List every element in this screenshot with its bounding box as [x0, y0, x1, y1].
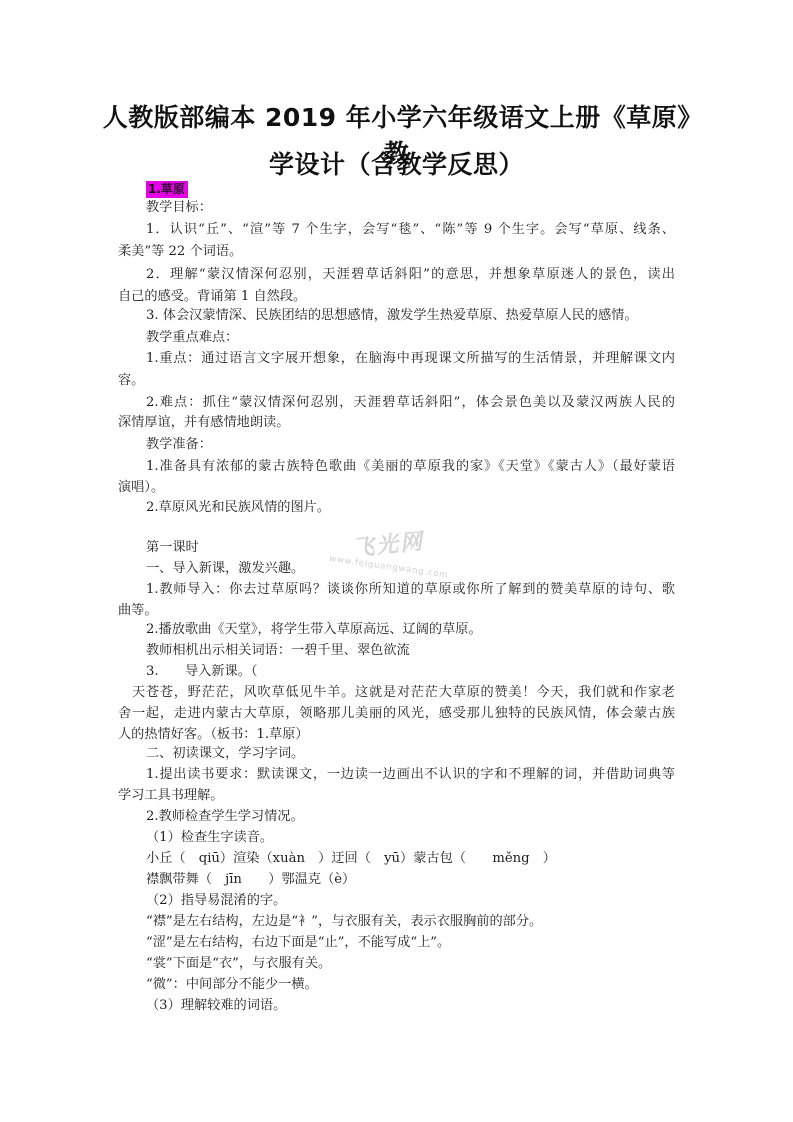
text-line: 学习工具书理解。	[118, 787, 224, 805]
text-line: 第一课时	[146, 539, 199, 557]
lesson-heading-highlighted: 1.草原	[146, 181, 188, 198]
text-line: 柔美”等 22 个词语。	[118, 243, 242, 261]
text-line: 小丘（ qiū）渲染（xuàn ）迂回（ yū）蒙古包（ měng ）	[146, 850, 556, 868]
text-line: 1.准备具有浓郁的蒙古族特色歌曲《美丽的草原我的家》《天堂》《蒙古人》（最好蒙语	[146, 458, 675, 476]
text-line: 教师相机出示相关词语：一碧千里、翠色欲流	[146, 642, 410, 660]
text-line: （3）理解较难的词语。	[146, 997, 286, 1015]
text-line: 人的热情好客。（板书：1.草原）	[118, 726, 309, 744]
text-line: 教学重点难点：	[146, 329, 238, 347]
text-line: （1）检查生字读音。	[146, 829, 273, 847]
text-line: 演唱）。	[118, 479, 164, 497]
text-line: 天苍苍，野茫茫，风吹草低见牛羊。这就是对茫茫大草原的赞美！今天，我们就和作家老	[118, 684, 675, 702]
text-line: 3. 体会汉蒙情深、民族团结的思想感情，激发学生热爱草原、热爱草原人民的感情。	[146, 307, 638, 325]
text-line: 襟飘带舞（ jīn ）鄂温克（è）	[146, 871, 355, 889]
text-line: 1.重点：通过语言文字展开想象，在脑海中再现课文所描写的生活情景，并理解课文内	[146, 350, 675, 368]
document-title-line-2: 学设计（含教学反思）	[100, 145, 693, 181]
text-line: 2.草原风光和民族风情的图片。	[146, 499, 330, 517]
text-line: 1.教师导入：你去过草原吗？谈谈你所知道的草原或你所了解到的赞美草原的诗句、歌	[146, 581, 675, 599]
watermark-url: www.feiguangwang.com	[329, 554, 449, 581]
text-line: 2.难点：抓住“蒙汉情深何忍别，天涯碧草话斜阳”，体会景色美以及蒙汉两族人民的	[146, 394, 675, 412]
text-line: “微”：中间部分不能少一横。	[146, 976, 318, 994]
text-line: 2．理解“蒙汉情深何忍别，天涯碧草话斜阳”的意思，并想象草原迷人的景色，读出	[146, 266, 675, 284]
text-line: 1.提出读书要求：默读课文，一边读一边画出不认识的字和不理解的词，并借助词典等	[146, 766, 675, 784]
text-line: 2.播放歌曲《天堂》，将学生带入草原高远、辽阔的草原。	[146, 621, 482, 639]
text-line: 3. 导入新课。（	[146, 663, 257, 681]
text-line: 曲等。	[118, 602, 158, 620]
text-line: 深情厚谊，并有感情地朗读。	[118, 414, 289, 432]
text-line: 二、初读课文，学习字词。	[146, 745, 304, 763]
text-line: 一、导入新课，激发兴趣。	[146, 560, 304, 578]
text-line: 教学目标：	[146, 199, 212, 217]
text-line: “裳”下面是“衣”，与衣服有关。	[146, 955, 331, 973]
text-line: 教学准备：	[146, 436, 212, 454]
text-line: 舍一起，走进内蒙古大草原，领略那儿美丽的风光，感受那儿独特的民族风情，体会蒙古族	[118, 705, 675, 723]
text-line: 自己的感受。背诵第 1 自然段。	[118, 288, 306, 306]
text-line: 1．认识“丘”、“渲”等 7 个生字，会写“毯”、“陈”等 9 个生字。会写“草…	[146, 221, 675, 239]
document-page: 人教版部编本 2019 年小学六年级语文上册《草原》教 学设计（含教学反思） 1…	[0, 0, 793, 1122]
text-line: “涩”是左右结构，右边下面是“止”，不能写成“上”。	[146, 934, 450, 952]
watermark-brand: 飞光网	[351, 524, 426, 562]
text-line: “襟”是左右结构，左边是“衤”，与衣服有关，表示衣服胸前的部分。	[146, 913, 542, 931]
watermark: 飞光网 www.feiguangwang.com	[330, 528, 470, 578]
text-line: 容。	[118, 372, 144, 390]
text-line: 2.教师检查学生学习情况。	[146, 808, 304, 826]
text-line: （2）指导易混淆的字。	[146, 892, 286, 910]
